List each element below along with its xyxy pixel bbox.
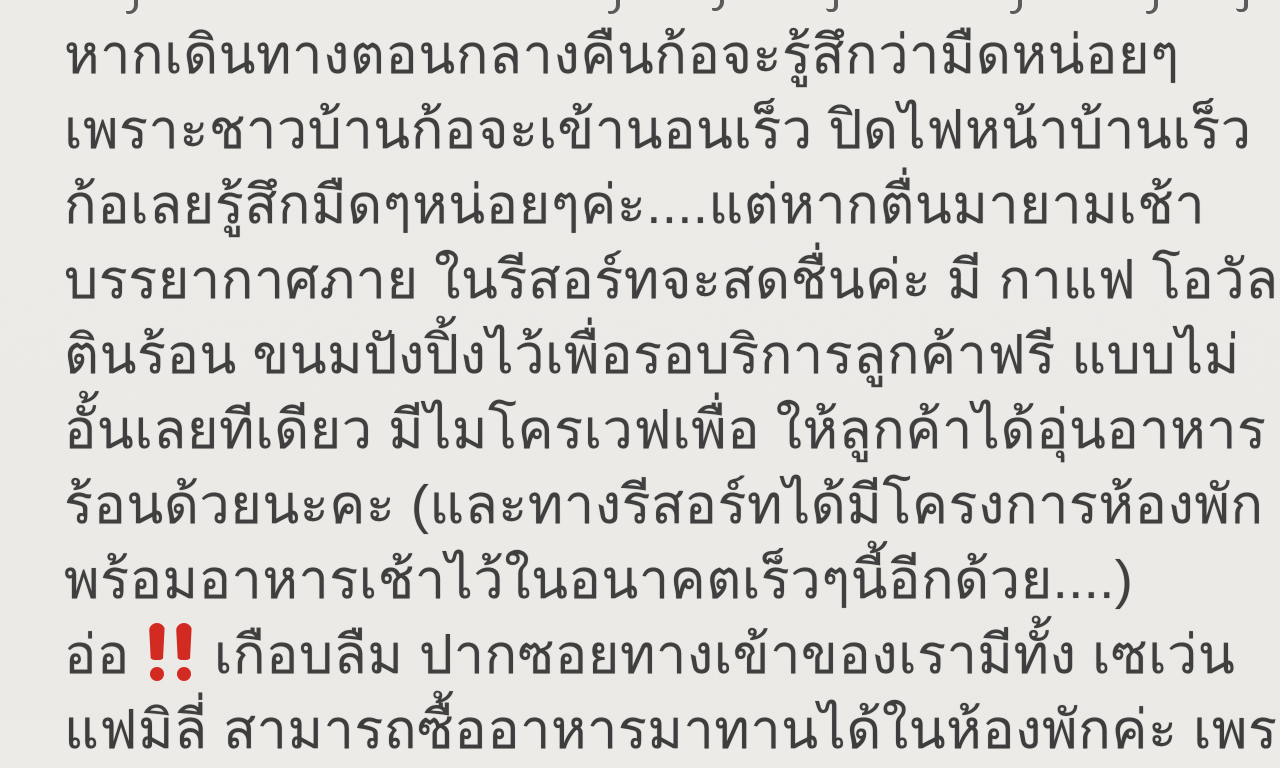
clipped-glyph-fragment: [1146, 0, 1158, 14]
clipped-glyph-fragment: [608, 0, 620, 14]
text-line-9-post: เกือบลืม ปากซอยทางเข้าของเรามีทั้ง เซเว่…: [214, 625, 1235, 685]
text-line-10: แฟมิลี่ สามารถซื้ออาหารมาทานได้ในห้องพัก…: [64, 693, 1280, 720]
review-text: หากเดินทางตอนกลางคืนก้อจะรู้สึกว่ามืดหน่…: [64, 18, 1280, 720]
paper-background: หากเดินทางตอนกลางคืนก้อจะรู้สึกว่ามืดหน่…: [0, 0, 1280, 720]
text-line-9: อ่อเกือบลืม ปากซอยทางเข้าของเรามีทั้ง เซ…: [64, 618, 1280, 693]
text-line-3: ก้อเลยรู้สึกมืดๆหน่อยๆค่ะ....แต่หากตื่นม…: [64, 168, 1280, 243]
clipped-glyph-fragment: [1236, 0, 1248, 12]
double-exclamation-icon: [146, 623, 202, 681]
text-line-7: ร้อนด้วยนะคะ (และทางรีสอร์ทได้มีโครงการห…: [64, 468, 1280, 543]
clipped-glyph-fragment: [712, 0, 724, 11]
text-line-1: หากเดินทางตอนกลางคืนก้อจะรู้สึกว่ามืดหน่…: [64, 18, 1280, 93]
text-line-6: อั้นเลยทีเดียว มีไมโครเวฟเพื่อ ให้ลูกค้า…: [64, 393, 1280, 468]
text-line-4: บรรยากาศภาย ในรีสอร์ทจะสดชื่นค่ะ มี กาแฟ…: [64, 243, 1280, 318]
clipped-glyph-fragment: [1010, 0, 1022, 14]
text-line-5: ตินร้อน ขนมปังปิ้งไว้เพื่อรอบริการลูกค้า…: [64, 318, 1280, 393]
text-line-9-pre: อ่อ: [64, 625, 130, 685]
text-line-8: พร้อมอาหารเช้าไว้ในอนาคตเร็วๆนี้อีกด้วย.…: [64, 543, 1280, 618]
clipped-glyph-fragment: [826, 0, 838, 12]
text-line-2: เพราะชาวบ้านก้อจะเข้านอนเร็ว ปิดไฟหน้าบ้…: [64, 93, 1280, 168]
clipped-glyph-fragment: [126, 0, 138, 14]
